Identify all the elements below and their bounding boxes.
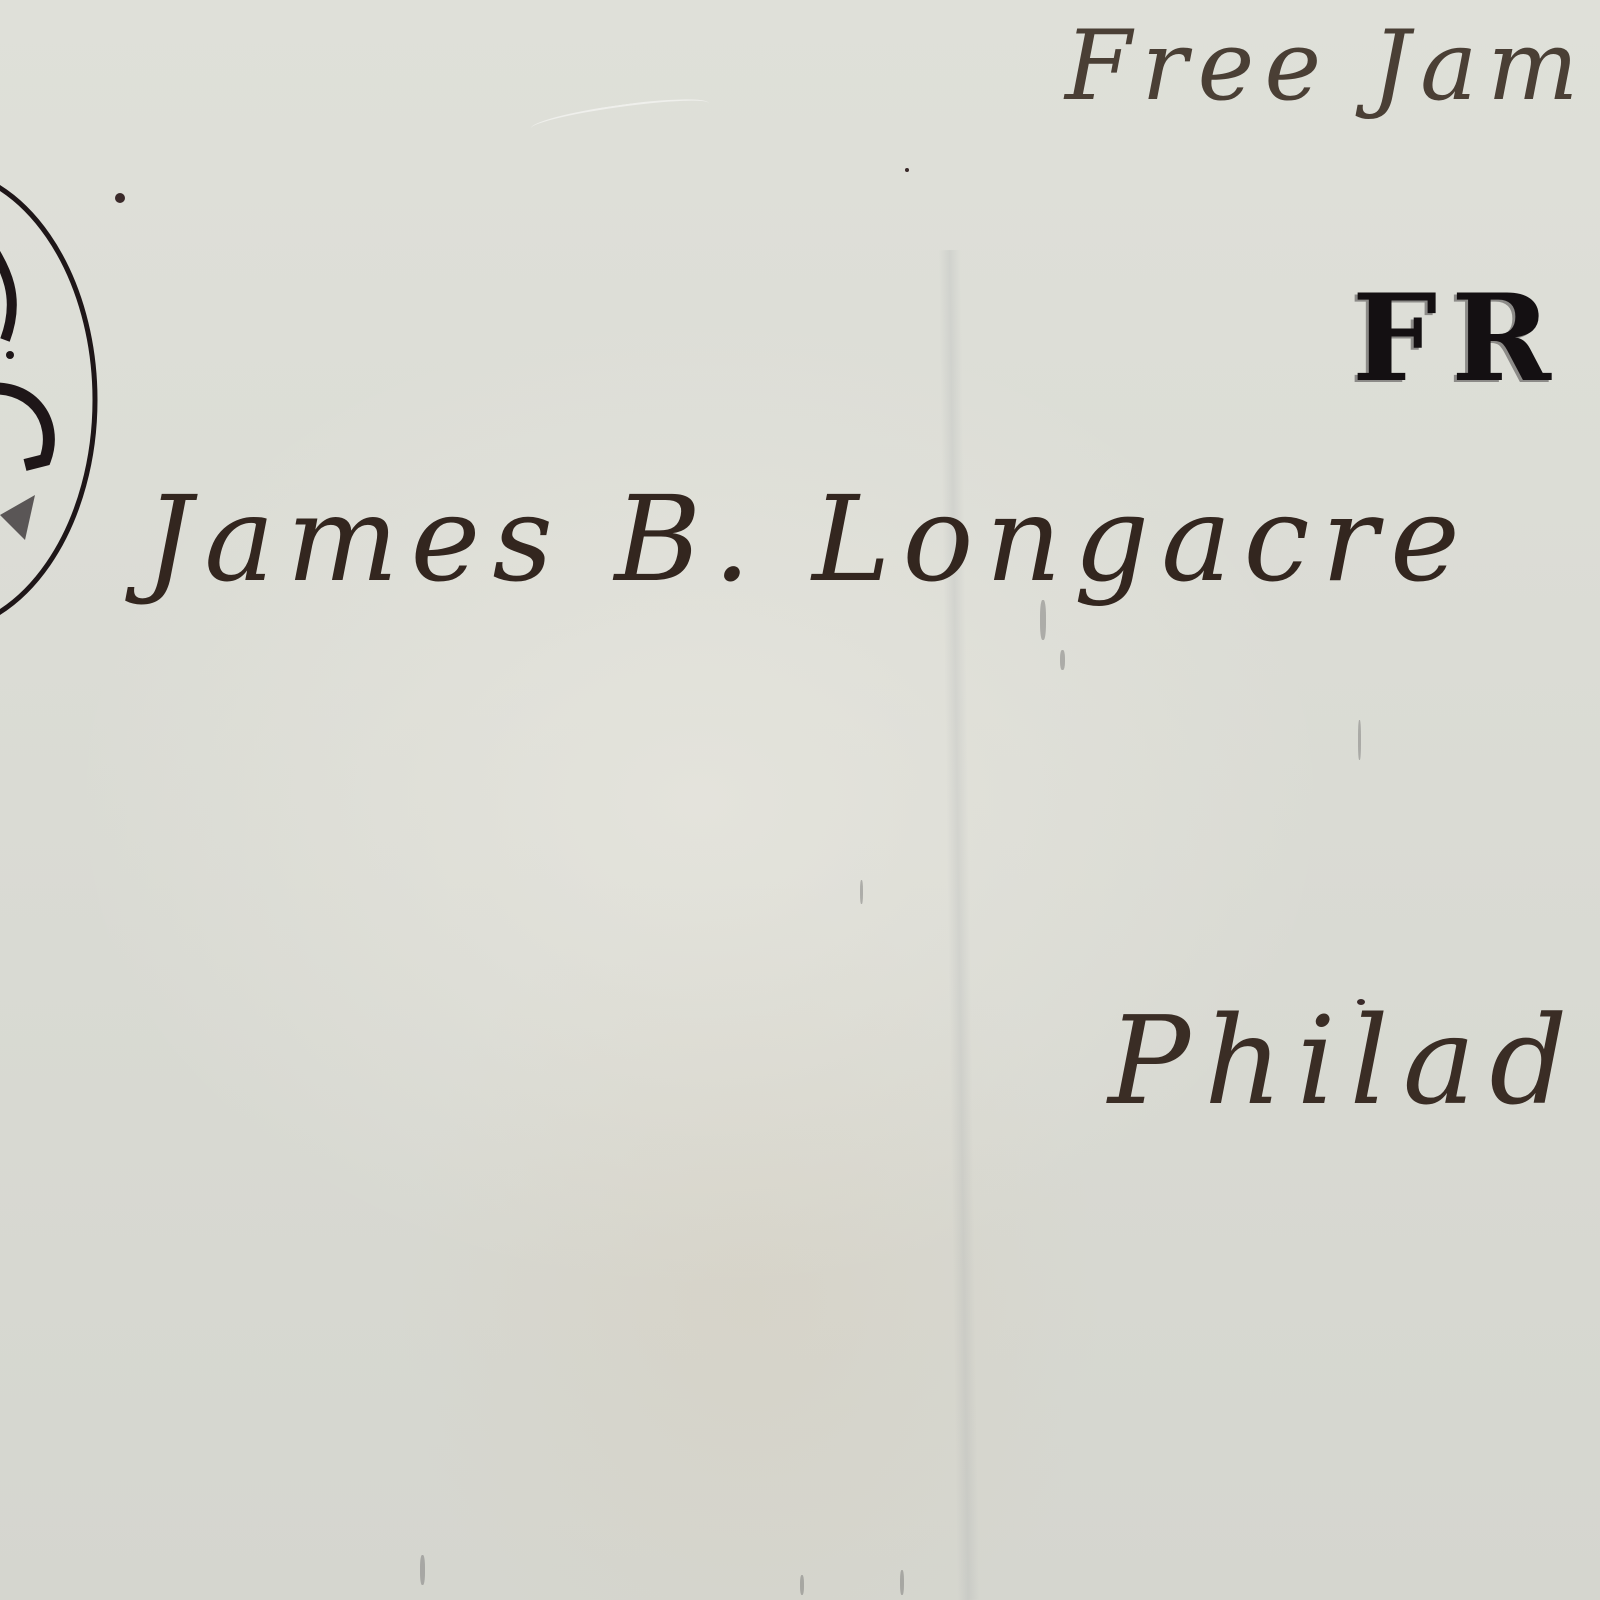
circular-postmark-icon xyxy=(0,160,100,640)
paper-speck xyxy=(420,1555,425,1585)
envelope-paper xyxy=(0,0,1600,1600)
paper-speck xyxy=(900,1570,904,1595)
paper-speck xyxy=(860,880,863,904)
ink-dot xyxy=(115,193,125,203)
city-name: Philad xyxy=(1108,990,1582,1132)
free-stamp-text: FR xyxy=(1352,268,1565,409)
ink-dot xyxy=(905,168,909,172)
recipient-name: James B. Longacre xyxy=(145,470,1472,608)
paper-speck xyxy=(1358,720,1361,760)
paper-speck xyxy=(1040,600,1046,640)
paper-speck xyxy=(1060,650,1065,670)
paper-speck xyxy=(800,1575,804,1595)
frank-signature: Free Jam xyxy=(1065,10,1588,122)
